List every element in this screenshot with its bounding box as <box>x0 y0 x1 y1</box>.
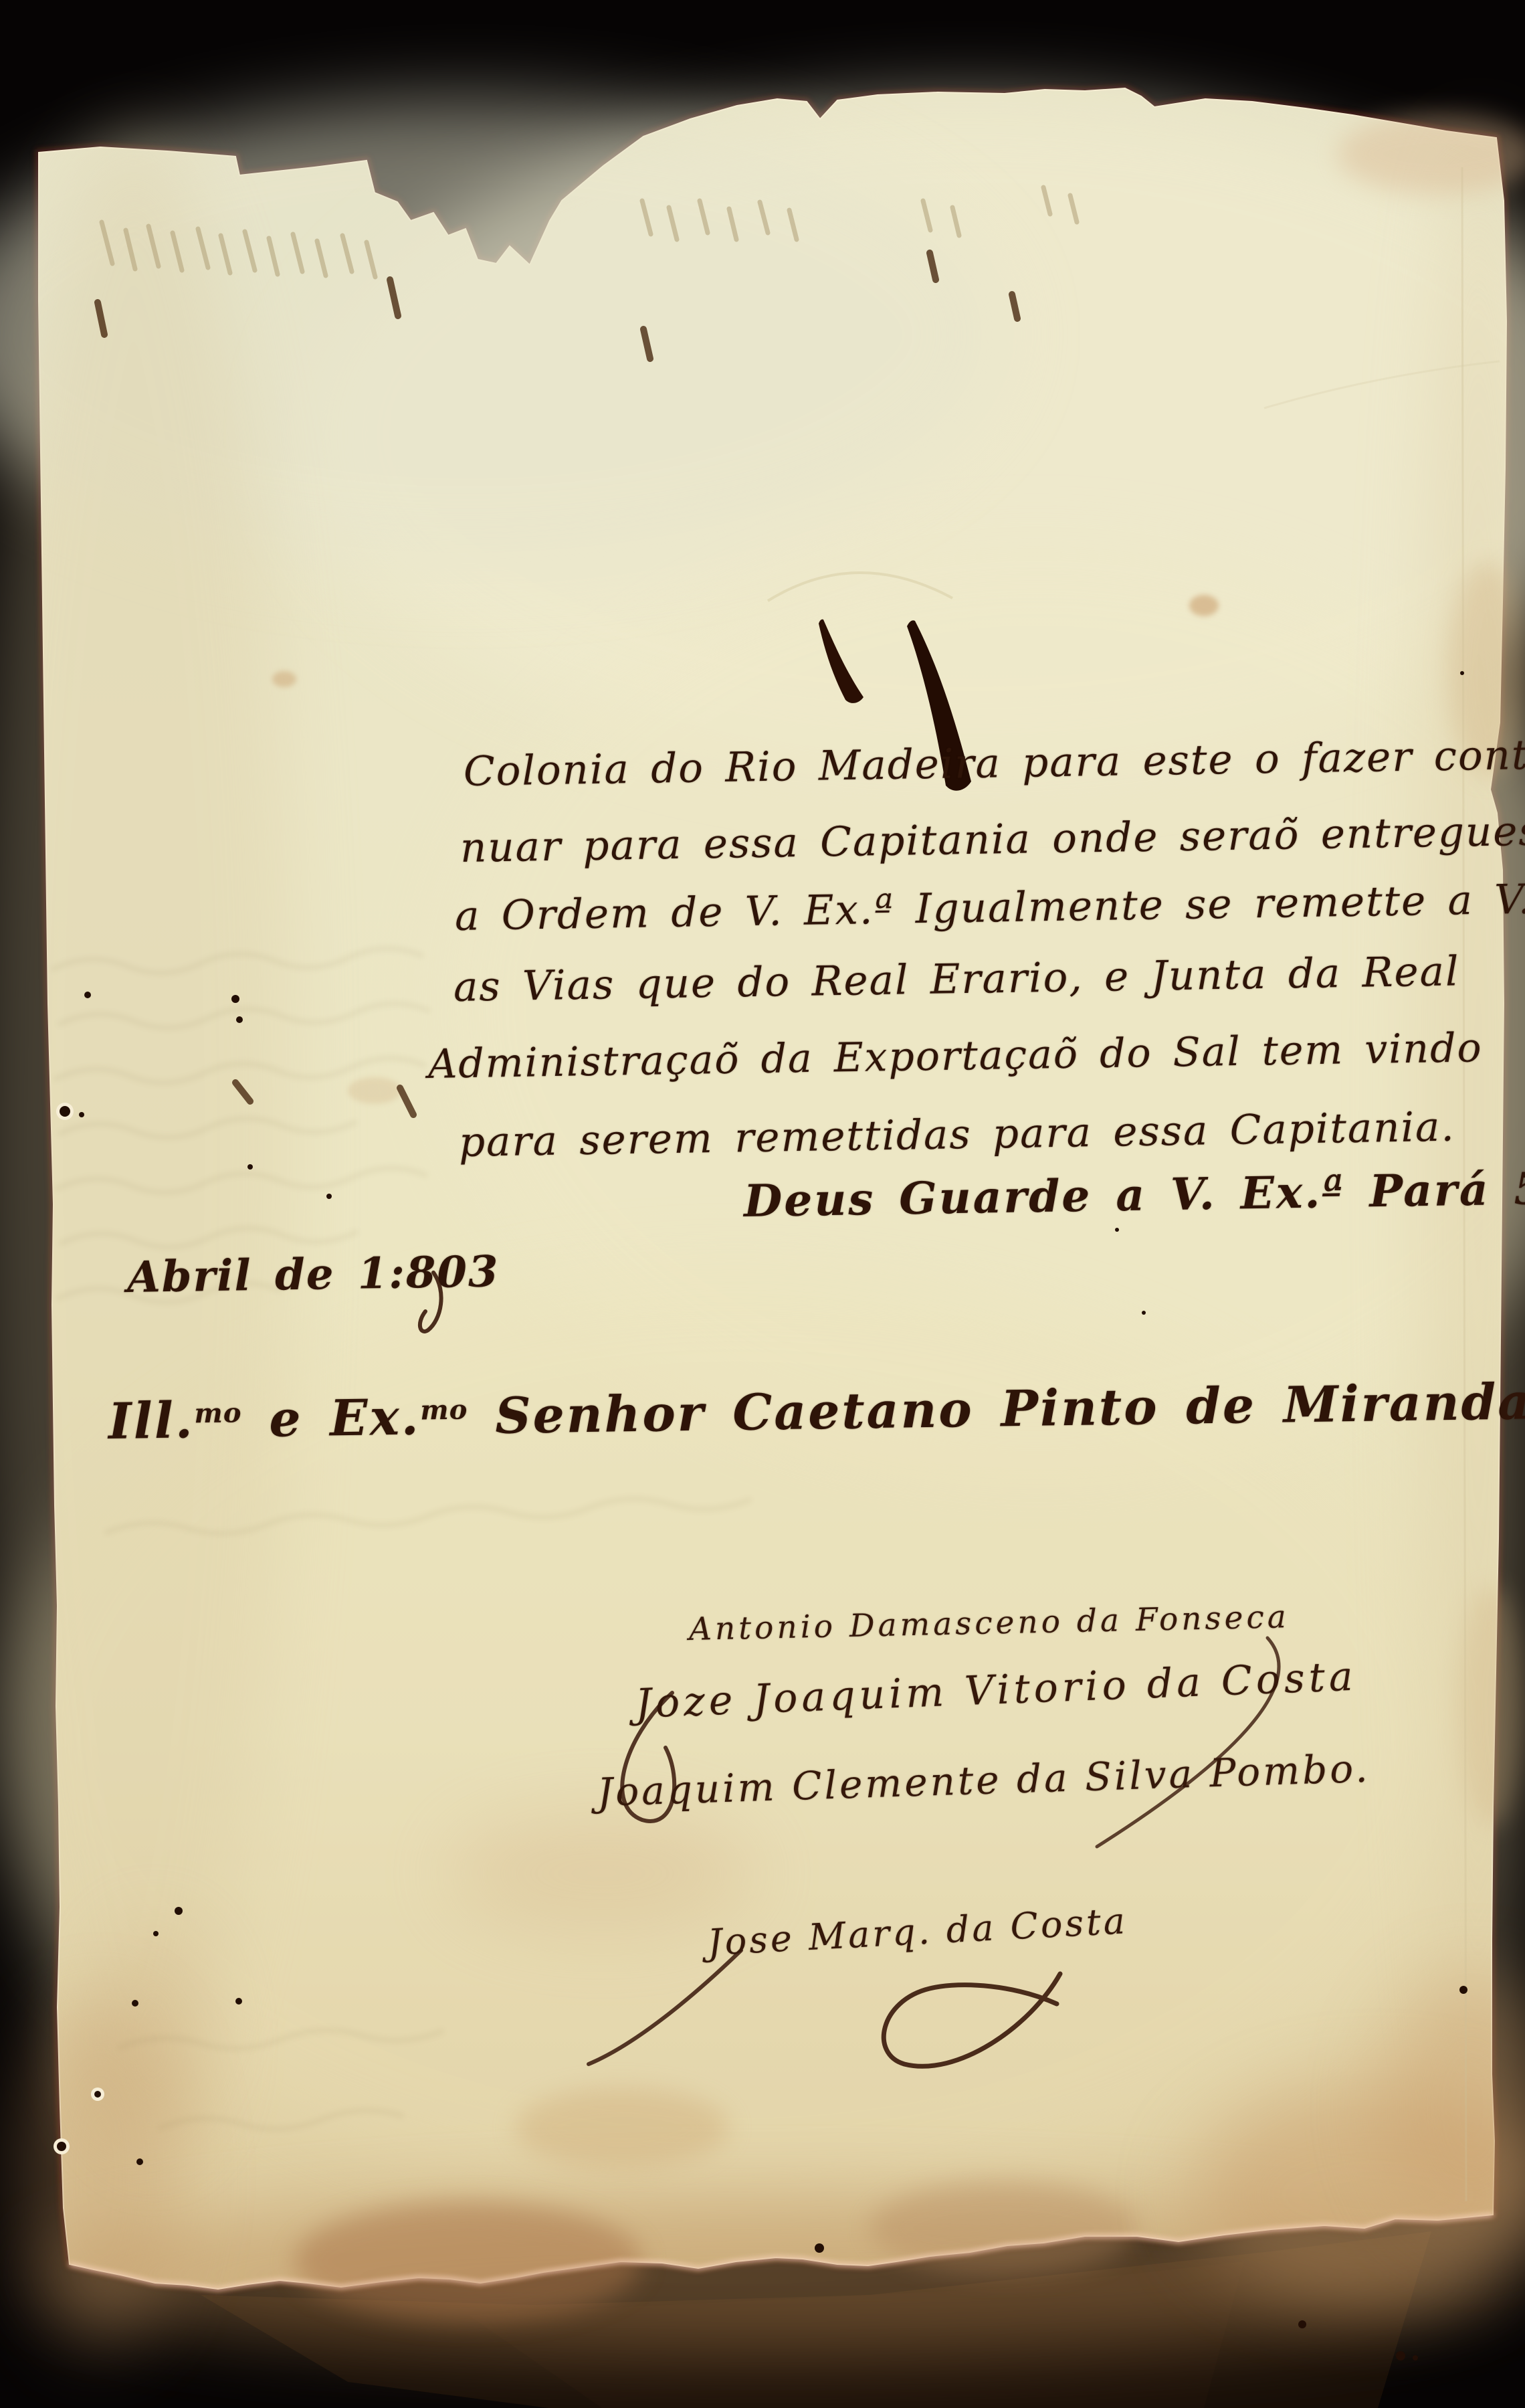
handwriting-layer: Colonia do Rio Madeira para este o fazer… <box>0 0 1525 2408</box>
salutation-superscript-1: mo <box>194 1397 242 1429</box>
body-line-6: para serem remettidas para essa Capitani… <box>458 1103 1455 1166</box>
signature-jose-marq-da-costa: Jose Marq. da Costa <box>706 1900 1128 1964</box>
photo-canvas: Colonia do Rio Madeira para este o fazer… <box>0 0 1525 2408</box>
body-line-4: as Vias que do Real Erario, e Junta da R… <box>453 947 1460 1011</box>
body-line-2: nuar para essa Capitania onde seraõ entr… <box>460 808 1525 872</box>
signature-antonio-damasceno-da-fonseca: Antonio Damasceno da Fonseca <box>688 1598 1290 1648</box>
body-line-5: Administraçaõ da Exportaçaõ do Sal tem v… <box>427 1024 1483 1088</box>
signature-joaquim-clemente-da-silva-pombo: Joaquim Clemente da Silva Pombo. <box>597 1746 1371 1815</box>
salutation-abbrev-ex: e Ex. <box>241 1388 421 1449</box>
body-line-3: a Ordem de V. Ex.ª Igualmente se remette… <box>454 874 1525 940</box>
signature-joze-joaquim-vitorio-da-costa: Joze Joaquim Vitorio da Costa <box>635 1653 1358 1728</box>
body-line-1: Colonia do Rio Madeira para este o fazer… <box>463 731 1525 796</box>
salutation-line: Ill.mo e Ex.mo Senhor Caetano Pinto de M… <box>108 1367 1525 1451</box>
valediction-line: Deus Guarde a V. Ex.ª Pará 5 de <box>743 1161 1525 1227</box>
salutation-addressee-name: Senhor Caetano Pinto de Miranda Monte Ne… <box>468 1367 1525 1446</box>
salutation-superscript-2: mo <box>420 1394 468 1426</box>
date-line: Abril de 1:803 <box>126 1246 500 1303</box>
salutation-abbrev-ill: Ill. <box>108 1392 195 1451</box>
